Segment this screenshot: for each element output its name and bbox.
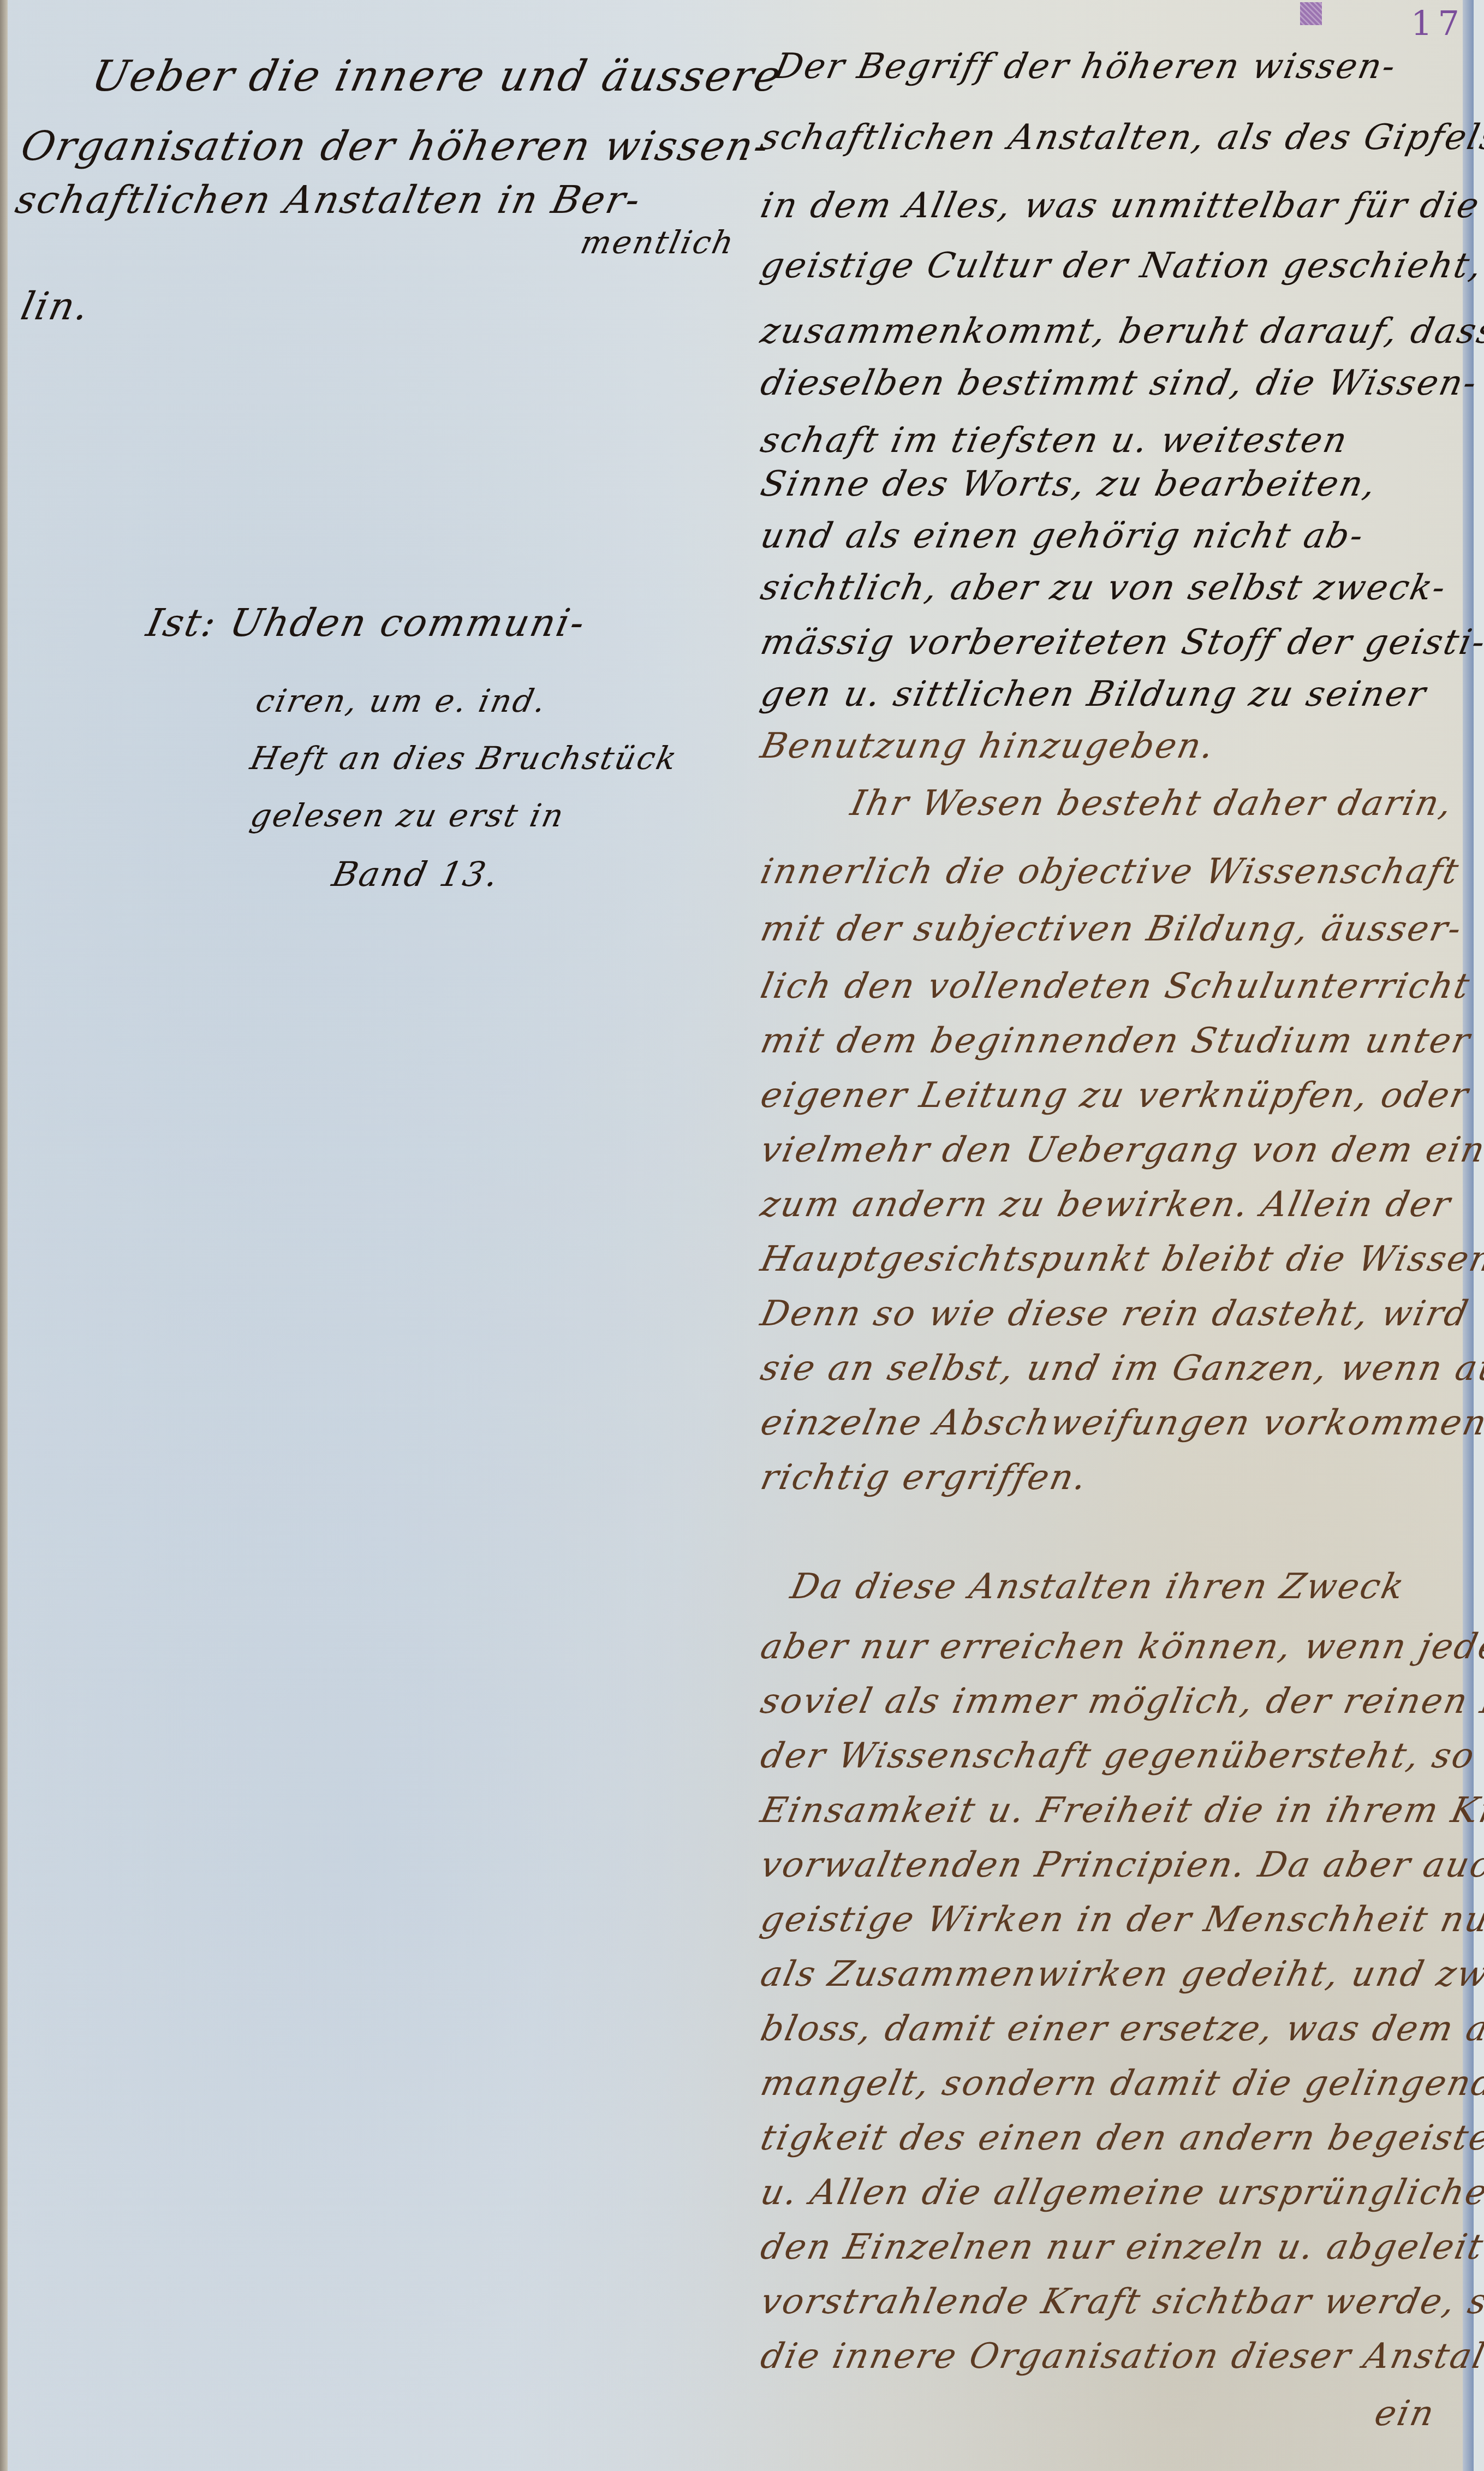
margin-note-line-2: ciren, um e. ind. [253, 682, 551, 719]
body-line: aber nur erreichen können, wenn jede, [757, 1627, 1484, 1667]
body-line: Benutzung hinzugeben. [757, 726, 1219, 766]
body-line: Denn so wie diese rein dasteht, wird [757, 1294, 1473, 1334]
page-left-edge [0, 0, 8, 2471]
margin-note-line-1: Ist: Uhden communi- [142, 600, 590, 645]
margin-note-line-5: Band 13. [329, 854, 503, 894]
title-margin-word: mentlich [577, 224, 738, 261]
title-line-2: Organisation der höheren wissen- [17, 123, 774, 170]
body-line: Da diese Anstalten ihren Zweck [787, 1567, 1409, 1607]
body-line: dieselben bestimmt sind, die Wissen- [757, 363, 1481, 403]
folio-number: 17 [1411, 3, 1465, 43]
title-line-3: schaftlichen Anstalten in Ber- [11, 177, 646, 222]
body-line: Ihr Wesen besteht daher darin, [847, 783, 1457, 824]
body-line: bloss, damit einer ersetze, was dem ande… [757, 2009, 1484, 2049]
body-line: eigener Leitung zu verknüpfen, oder [757, 1075, 1473, 1116]
body-line: soviel als immer möglich, der reinen Ide… [757, 1681, 1484, 1722]
body-line: Sinne des Worts, zu bearbeiten, [757, 464, 1381, 504]
body-line: sie an selbst, und im Ganzen, wenn auch [757, 1348, 1484, 1389]
margin-note-line-4: gelesen zu erst in [247, 797, 568, 834]
body-line: schaftlichen Anstalten, als des Gipfels, [757, 117, 1484, 158]
body-line: Einsamkeit u. Freiheit die in ihrem Krei… [757, 1790, 1484, 1831]
body-line: in dem Alles, was unmittelbar für die [757, 186, 1484, 226]
body-line: einzelne Abschweifungen vorkommen, [757, 1403, 1484, 1443]
body-line: mit der subjectiven Bildung, äusser- [757, 909, 1466, 949]
body-line: mässig vorbereiteten Stoff der geisti- [757, 622, 1484, 663]
title-line-1: Ueber die innere und äussere [87, 52, 786, 101]
body-line: Der Begriff der höheren wissen- [771, 46, 1400, 87]
body-line: zusammenkommt, beruht darauf, dass [757, 311, 1484, 352]
body-line: vielmehr den Uebergang von dem einen [757, 1130, 1484, 1170]
archive-stamp [1300, 2, 1322, 25]
body-line: richtig ergriffen. [757, 1457, 1092, 1498]
body-line: sichtlich, aber zu von selbst zweck- [757, 568, 1451, 608]
body-line: vorwaltenden Principien. Da aber auch da… [757, 1845, 1484, 1885]
body-line: mit dem beginnenden Studium unter [757, 1021, 1475, 1061]
body-line: die innere Organisation dieser Anstalten [757, 2336, 1484, 2377]
margin-note-line-3: Heft an dies Bruchstück [247, 740, 682, 777]
body-line: mangelt, sondern damit die gelingende Th… [757, 2063, 1484, 2104]
body-line: innerlich die objective Wissenschaft [757, 852, 1463, 892]
body-line: geistige Wirken in der Menschheit nur [757, 1900, 1484, 1940]
body-line: zum andern zu bewirken. Allein der [757, 1184, 1455, 1225]
body-line: als Zusammenwirken gedeiht, und zwar nic… [757, 1954, 1484, 1994]
body-line: lich den vollendeten Schulunterricht [757, 966, 1474, 1007]
body-line: vorstrahlende Kraft sichtbar werde, so m… [757, 2282, 1484, 2322]
body-line: Hauptgesichtspunkt bleibt die Wissenscha… [757, 1239, 1484, 1279]
catchword: ein [1371, 2393, 1439, 2434]
body-line: der Wissenschaft gegenübersteht, so sind [757, 1736, 1484, 1776]
title-line-4: lin. [17, 284, 94, 329]
body-line: geistige Cultur der Nation geschieht, [757, 246, 1484, 286]
body-line: tigkeit des einen den andern begeistere, [757, 2118, 1484, 2158]
body-line: gen u. sittlichen Bildung zu seiner [757, 674, 1431, 714]
body-line: den Einzelnen nur einzeln u. abgeleitet … [757, 2227, 1484, 2267]
manuscript-page: 17 Ueber die innere und äussere Organisa… [0, 0, 1474, 2471]
body-line: u. Allen die allgemeine ursprüngliche, i… [757, 2172, 1484, 2213]
body-line: und als einen gehörig nicht ab- [757, 516, 1368, 556]
body-line: schaft im tiefsten u. weitesten [757, 420, 1352, 461]
